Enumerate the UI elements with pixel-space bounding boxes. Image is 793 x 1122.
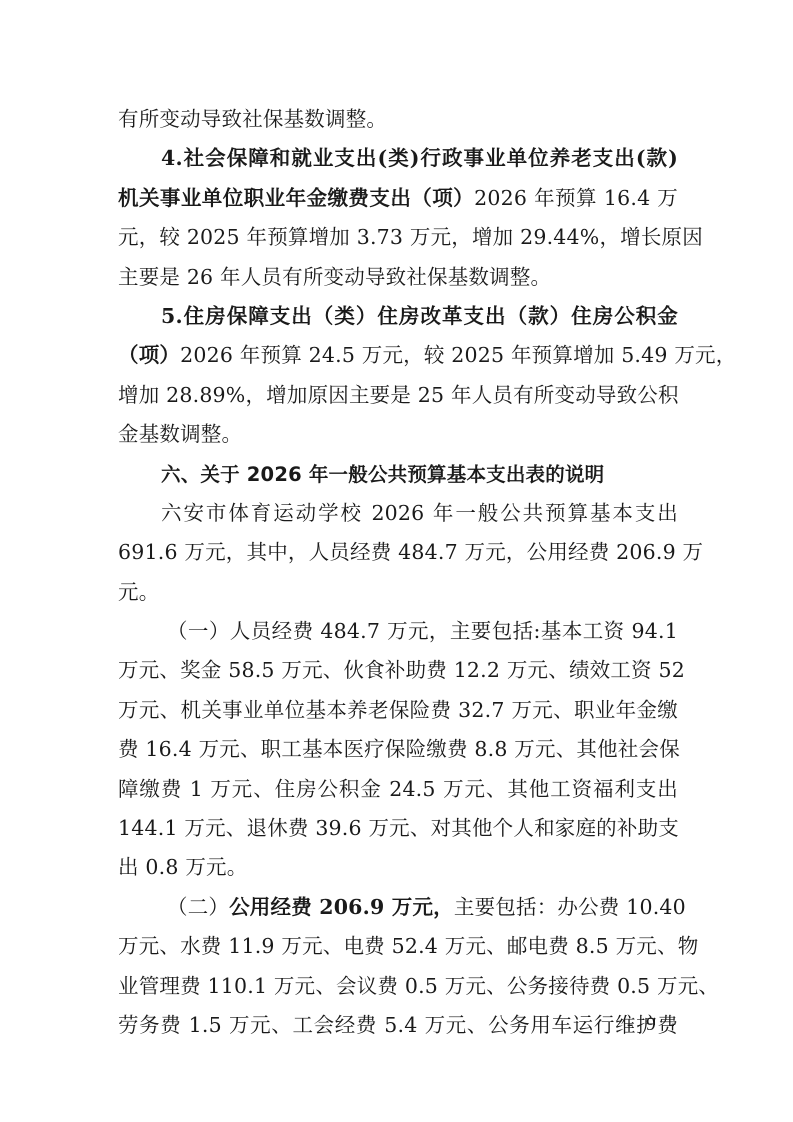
text: 万元、机关事业单位基本养老保险费 32.7 万元、职业年金缴: [118, 698, 678, 722]
paragraph-line: 金基数调整。: [118, 415, 678, 454]
text: 有所变动导致社保基数调整。: [118, 107, 387, 131]
subsection-4-title: 4.社会保障和就业支出(类)行政事业单位养老支出(款): [118, 139, 678, 178]
paragraph-line: 元，较 2025 年预算增加 3.73 万元，增加 29.44%，增长原因: [118, 218, 678, 257]
bold-text: 公用经费 206.9 万元，: [229, 895, 454, 919]
bold-text: 4.社会保障和就业支出(类)行政事业单位养老支出(款): [161, 146, 678, 170]
paragraph-line: 障缴费 1 万元、住房公积金 24.5 万元、其他工资福利支出: [118, 770, 678, 809]
personnel-expense-line: （一）人员经费 484.7 万元，主要包括:基本工资 94.1: [118, 612, 678, 651]
text: 691.6 万元，其中，人员经费 484.7 万元，公用经费 206.9 万: [118, 540, 703, 564]
text: （二）: [167, 895, 229, 919]
text: 万元、水费 11.9 万元、电费 52.4 万元、邮电费 8.5 万元、物: [118, 934, 698, 958]
text: 2026 年预算 24.5 万元，较 2025 年预算增加 5.49 万元，: [180, 343, 736, 367]
section-6-heading: 六、关于 2026 年一般公共预算基本支出表的说明: [118, 455, 678, 494]
bold-text: 机关事业单位职业年金缴费支出（项）: [118, 186, 474, 210]
text: 业管理费 110.1 万元、会议费 0.5 万元、公务接待费 0.5 万元、: [118, 974, 719, 998]
text: 万元、奖金 58.5 万元、伙食补助费 12.2 万元、绩效工资 52: [118, 658, 685, 682]
paragraph-line: 劳务费 1.5 万元、工会经费 5.4 万元、公务用车运行维护费: [118, 1006, 678, 1045]
document-body: 有所变动导致社保基数调整。 4.社会保障和就业支出(类)行政事业单位养老支出(款…: [118, 100, 678, 1045]
text: 金基数调整。: [118, 422, 242, 446]
text: 元。: [118, 580, 159, 604]
paragraph-line: 万元、奖金 58.5 万元、伙食补助费 12.2 万元、绩效工资 52: [118, 651, 678, 690]
paragraph-line: 增加 28.89%，增加原因主要是 25 年人员有所变动导致公积: [118, 376, 678, 415]
subsection-5-title: 5.住房保障支出（类）住房改革支出（款）住房公积金: [118, 297, 678, 336]
text: 2026 年预算 16.4 万: [474, 186, 678, 210]
paragraph-line: 六安市体育运动学校 2026 年一般公共预算基本支出: [118, 494, 678, 533]
paragraph-line: 元。: [118, 573, 678, 612]
page-number: - 9 -: [627, 1014, 679, 1036]
text: 增加 28.89%，增加原因主要是 25 年人员有所变动导致公积: [118, 383, 679, 407]
bold-text: （项）: [118, 343, 180, 367]
paragraph-line: 业管理费 110.1 万元、会议费 0.5 万元、公务接待费 0.5 万元、: [118, 967, 678, 1006]
paragraph-line: 万元、水费 11.9 万元、电费 52.4 万元、邮电费 8.5 万元、物: [118, 927, 678, 966]
text: 出 0.8 万元。: [118, 855, 247, 879]
paragraph-line: 出 0.8 万元。: [118, 848, 678, 887]
text: 费 16.4 万元、职工基本医疗保险缴费 8.8 万元、其他社会保: [118, 737, 680, 761]
paragraph-line: （项）2026 年预算 24.5 万元，较 2025 年预算增加 5.49 万元…: [118, 336, 678, 375]
bold-text: 5.住房保障支出（类）住房改革支出（款）住房公积金: [161, 304, 678, 328]
paragraph-line: 机关事业单位职业年金缴费支出（项）2026 年预算 16.4 万: [118, 179, 678, 218]
text: 六安市体育运动学校 2026 年一般公共预算基本支出: [161, 501, 678, 525]
paragraph-line: 144.1 万元、退休费 39.6 万元、对其他个人和家庭的补助支: [118, 809, 678, 848]
paragraph-line: 万元、机关事业单位基本养老保险费 32.7 万元、职业年金缴: [118, 691, 678, 730]
text: 劳务费 1.5 万元、工会经费 5.4 万元、公务用车运行维护费: [118, 1013, 678, 1037]
public-expense-line: （二）公用经费 206.9 万元，主要包括：办公费 10.40: [118, 888, 678, 927]
text: 障缴费 1 万元、住房公积金 24.5 万元、其他工资福利支出: [118, 777, 678, 801]
text: 主要是 26 年人员有所变动导致社保基数调整。: [118, 265, 551, 289]
paragraph-line: 主要是 26 年人员有所变动导致社保基数调整。: [118, 258, 678, 297]
paragraph-line: 有所变动导致社保基数调整。: [118, 100, 678, 139]
text: 144.1 万元、退休费 39.6 万元、对其他个人和家庭的补助支: [118, 816, 679, 840]
paragraph-line: 费 16.4 万元、职工基本医疗保险缴费 8.8 万元、其他社会保: [118, 730, 678, 769]
text: 主要包括：办公费 10.40: [454, 895, 686, 919]
text: 元，较 2025 年预算增加 3.73 万元，增加 29.44%，增长原因: [118, 225, 703, 249]
heading-text: 六、关于 2026 年一般公共预算基本支出表的说明: [161, 463, 604, 486]
text: （一）人员经费 484.7 万元，主要包括:基本工资 94.1: [167, 619, 678, 643]
paragraph-line: 691.6 万元，其中，人员经费 484.7 万元，公用经费 206.9 万: [118, 533, 678, 572]
